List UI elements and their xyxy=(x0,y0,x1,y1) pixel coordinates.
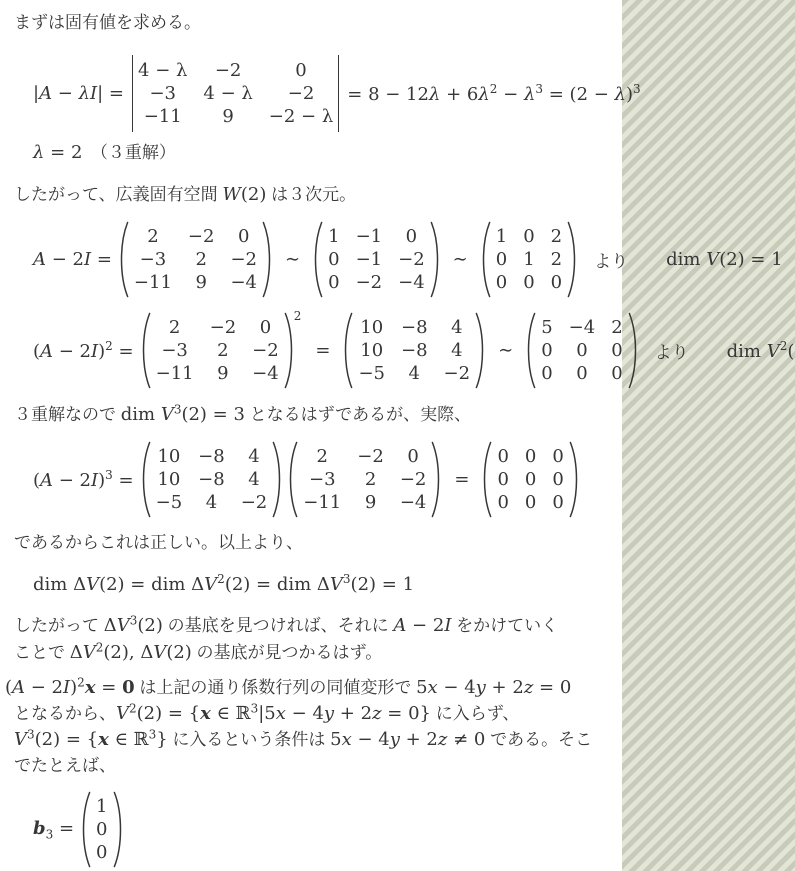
matrix-cell: 2 xyxy=(188,248,215,271)
matrix-cell: 0 xyxy=(541,339,552,362)
math-segment: V xyxy=(14,729,27,750)
math-segment: は３次元。 xyxy=(266,185,356,204)
matrix-cell: −1 xyxy=(356,225,383,248)
matrix-cell: 0 xyxy=(269,59,333,82)
math-segment: = 8 − 12 xyxy=(347,84,429,105)
math-segment: でたとえば、 xyxy=(14,756,116,775)
matrix-cell: −2 xyxy=(444,362,471,385)
equation-basis-vector-b3: b3 = 100 xyxy=(33,791,122,868)
math-segment: (2) xyxy=(241,184,267,205)
math-segment: に入らず、 xyxy=(431,704,519,723)
math-segment: に入るという条件は xyxy=(168,730,330,749)
math-segment: 0 xyxy=(122,677,135,698)
matrix-cell: 0 xyxy=(569,362,596,385)
matrix-cell: −3 xyxy=(303,468,341,491)
matrix-cell: −4 xyxy=(400,491,427,514)
math-segment: = 0 xyxy=(533,677,571,698)
math-segment: (2) xyxy=(137,615,163,636)
math-lhs: |A − λI| = xyxy=(33,83,124,104)
math-segment: A xyxy=(40,470,53,491)
math-segment: λ xyxy=(524,84,535,105)
math-segment: − 2 xyxy=(53,470,91,491)
math-segment: 2 xyxy=(105,339,113,353)
math-segment: 2 xyxy=(217,572,225,586)
math-segment: b xyxy=(33,818,46,839)
matrix-cell: −11 xyxy=(134,271,172,294)
math-rhs: dim V2(2) = 2 xyxy=(727,339,795,362)
matrix-rowreduced-1: 1−100−1−20−2−4 xyxy=(314,221,439,298)
math-segment: ( xyxy=(33,470,40,491)
paragraph-triple-root: ３重解なので dim V3(2) = 3 となるはずであるが、実際、 xyxy=(14,402,471,428)
math-segment: をかけていく xyxy=(451,616,558,635)
math-rhs: = 8 − 12λ + 6λ2 − λ3 = (2 − λ)3 xyxy=(347,82,640,105)
matrix-cell: 0 xyxy=(552,445,563,468)
math-segment: (2) = { xyxy=(35,729,98,750)
paren-right-icon xyxy=(284,312,293,389)
matrix-cell: −11 xyxy=(156,362,194,385)
matrix-cell: −2 xyxy=(241,491,268,514)
matrix-squared-result: 10−8410−84−54−2 xyxy=(344,312,484,389)
matrix-cell: 0 xyxy=(525,491,536,514)
matrix-cell: −2 − λ xyxy=(269,105,333,128)
math-segment: であるからこれは正しい。以上より、 xyxy=(14,533,303,552)
matrix-cell: 0 xyxy=(541,362,552,385)
math-segment: A xyxy=(39,83,52,104)
equation-eigenvalue: λ = 2 （３重解） xyxy=(33,138,176,163)
text-line: V3(2) = {x ∈ ℝ3} に入るという条件は 5x − 4y + 2z … xyxy=(14,727,592,753)
matrix-cell: 0 xyxy=(523,271,534,294)
math-segment: λI xyxy=(79,83,98,104)
matrix-cell: −3 xyxy=(134,248,172,271)
math-segment: − 2 xyxy=(25,677,63,698)
matrix-cell: 2 xyxy=(611,316,622,339)
math-segment: x xyxy=(276,703,286,724)
math-segment: ∈ ℝ xyxy=(109,729,149,750)
text-line: したがって、広義固有空間 W(2) は３次元。 xyxy=(14,182,356,208)
equation-dimensions: dim ΔV(2) = dim ΔV2(2) = dim ΔV3(2) = 1 xyxy=(33,572,414,595)
matrix-cell: 9 xyxy=(188,271,215,294)
math-segment: 3 xyxy=(535,82,543,96)
matrix-cell: 4 xyxy=(444,339,471,362)
math-segment: + 2 xyxy=(334,703,372,724)
matrix-cell: 2 xyxy=(551,248,562,271)
matrix-cell: −4 xyxy=(230,271,257,294)
math-segment: = xyxy=(53,818,74,839)
matrix-cell: 9 xyxy=(203,105,252,128)
math-segment: } xyxy=(156,729,167,750)
math-segment: 3 xyxy=(633,82,641,96)
text-line: (A − 2I)2x = 0 は上記の通り係数行列の同値変形で 5x − 4y … xyxy=(5,675,592,701)
paragraph-basis-strategy: したがって ΔV3(2) の基底を見つければ、それに A − 2I をかけていく… xyxy=(14,612,558,666)
matrix-grid: 4 − λ−20−34 − λ−2−119−2 − λ xyxy=(133,59,338,128)
matrix-cell: 0 xyxy=(400,445,427,468)
matrix-grid: 1−100−1−20−2−4 xyxy=(323,225,430,294)
math-segment: V xyxy=(706,249,719,270)
math-segment: ≠ 0 xyxy=(447,729,485,750)
paren-left-icon xyxy=(120,221,129,298)
math-segment: dim xyxy=(727,341,767,362)
paragraph-correct: であるからこれは正しい。以上より、 xyxy=(14,530,303,556)
matrix-cell: 0 xyxy=(252,316,279,339)
math-segment: 3 xyxy=(105,468,113,482)
math-segment: Δ xyxy=(104,615,117,636)
matrix-cell: −11 xyxy=(138,105,187,128)
math-segment: − 4 xyxy=(352,729,390,750)
matrix-cell: 1 xyxy=(96,795,107,818)
matrix-cell: 10 xyxy=(358,316,385,339)
math-notes-screenshot: { "colors": { "page_bg": "#ffffff", "tex… xyxy=(0,0,795,871)
math-segment: = (2 − xyxy=(543,84,615,105)
matrix-cell: −5 xyxy=(156,491,183,514)
math-segment: (2) = 1 xyxy=(351,574,414,595)
paren-right-icon xyxy=(113,791,122,868)
math-rhs: dim V(2) = 1 xyxy=(666,249,783,270)
matrix-cell: −3 xyxy=(138,82,187,105)
paragraph-intro: まずは固有値を求める。 xyxy=(14,10,201,36)
math-segment: x xyxy=(428,677,438,698)
matrix-cell: 4 xyxy=(241,445,268,468)
math-lhs: b3 = xyxy=(33,818,74,842)
matrix-cell: 4 − λ xyxy=(203,82,252,105)
math-segment: z xyxy=(372,703,381,724)
matrix-cell: 0 xyxy=(96,841,107,864)
matrix-cell: 4 xyxy=(401,362,428,385)
math-segment: dim Δ xyxy=(33,574,86,595)
math-segment: V xyxy=(116,703,129,724)
yori-label: より xyxy=(594,247,628,272)
matrix-cell: 0 xyxy=(496,271,507,294)
matrix-cell: −8 xyxy=(198,468,225,491)
determinant-bar-icon xyxy=(338,55,339,132)
text-line: したがって ΔV3(2) の基底を見つければ、それに A − 2I をかけていく xyxy=(14,612,558,639)
matrix-cell: −2 xyxy=(356,271,383,294)
matrix-cell: 9 xyxy=(357,491,384,514)
paren-right-icon xyxy=(431,441,440,518)
paragraph-generalized-eigenspace: したがって、広義固有空間 W(2) は３次元。 xyxy=(14,182,356,208)
paren-left-icon xyxy=(344,312,353,389)
matrix-cell: −2 xyxy=(400,468,427,491)
math-segment: − 4 xyxy=(286,703,324,724)
math-segment: V xyxy=(330,574,343,595)
math-segment: (2) = dim Δ xyxy=(99,574,204,595)
equation-a-minus-2i-cubed: (A − 2I)3 = 10−8410−84−54−2 2−20−32−2−11… xyxy=(33,441,578,518)
paren-left-icon xyxy=(142,441,151,518)
math-segment: = xyxy=(113,341,134,362)
paren-right-icon xyxy=(475,312,484,389)
matrix-cell: −2 xyxy=(357,445,384,468)
math-segment: V xyxy=(204,574,217,595)
matrix-cell: 0 xyxy=(611,362,622,385)
paren-left-icon xyxy=(142,312,151,389)
math-segment: A xyxy=(393,615,406,636)
equation-a-minus-2i-squared: (A − 2I)2 = 2−20−32−2−119−4 2 = 10−8410−… xyxy=(33,312,795,389)
matrix-cell: 0 xyxy=(497,445,508,468)
math-segment: V xyxy=(767,341,780,362)
math-segment: 2 xyxy=(129,701,137,715)
math-segment: (2) = 3 xyxy=(181,404,244,425)
math-segment: dim xyxy=(121,404,161,425)
math-segment: A xyxy=(33,249,46,270)
math-segment: (2) = 1 xyxy=(719,249,782,270)
math-segment: ( xyxy=(33,341,40,362)
math-segment: x xyxy=(342,729,352,750)
matrix-grid: 2−20−32−2−119−4 xyxy=(151,316,284,385)
matrix-cell: 0 xyxy=(552,468,563,491)
math-segment: の基底が見つかるはず。 xyxy=(192,643,382,662)
paren-right-icon xyxy=(569,441,578,518)
matrix-cell: 2 xyxy=(210,339,237,362)
math-segment: z xyxy=(438,729,447,750)
equation-a-minus-2i: A − 2I = 2−20−32−2−119−4 ∼ 1−100−1−20−2−… xyxy=(33,221,783,298)
matrix-cell: −4 xyxy=(569,316,596,339)
matrix-cell: −2 xyxy=(203,59,252,82)
math-segment: ) xyxy=(626,84,633,105)
matrix-cell: −2 xyxy=(188,225,215,248)
equals-symbol: = xyxy=(315,340,330,361)
matrix-cell: −2 xyxy=(269,82,333,105)
paren-left-icon xyxy=(482,221,491,298)
math-segment: A xyxy=(12,677,25,698)
paren-right-icon xyxy=(567,221,576,298)
matrix-cell: −2 xyxy=(398,248,425,271)
math-segment: ３重解なので xyxy=(14,405,121,424)
similar-symbol: ∼ xyxy=(453,249,468,270)
math-segment: − xyxy=(52,83,79,104)
math-segment: V xyxy=(86,574,99,595)
matrix-cell: 0 xyxy=(551,271,562,294)
math-segment: 5 xyxy=(330,729,341,750)
math-segment: (2) = { xyxy=(137,703,200,724)
paren-right-icon xyxy=(628,312,637,389)
text-line: まずは固有値を求める。 xyxy=(14,10,201,36)
equals-symbol: = xyxy=(454,469,469,490)
math-segment: したがって、広義固有空間 xyxy=(14,185,222,204)
paren-left-icon xyxy=(527,312,536,389)
matrix-cell: 4 xyxy=(198,491,225,514)
math-segment: λ xyxy=(429,84,440,105)
math-segment: (2), Δ xyxy=(103,642,153,663)
matrix-cell: 1 xyxy=(328,225,339,248)
math-segment: λ xyxy=(478,84,489,105)
math-lhs: (A − 2I)2 = xyxy=(33,339,134,362)
yori-label: より xyxy=(655,338,689,363)
matrix-cell: −4 xyxy=(252,362,279,385)
matrix-squared-result: 10−8410−84−54−2 xyxy=(142,441,282,518)
paren-left-icon xyxy=(314,221,323,298)
matrix-grid: 5−42000000 xyxy=(536,316,627,385)
matrix-cell: 4 xyxy=(444,316,471,339)
matrix-cell: 0 xyxy=(398,225,425,248)
matrix-cell: 10 xyxy=(156,468,183,491)
math-segment: 3 xyxy=(343,572,351,586)
math-segment: V xyxy=(161,404,174,425)
math-segment: + 2 xyxy=(400,729,438,750)
paren-left-icon xyxy=(289,441,298,518)
matrix-rowreduced: 5−42000000 xyxy=(527,312,636,389)
matrix-cell: 0 xyxy=(497,468,508,491)
paren-right-icon xyxy=(262,221,271,298)
matrix-with-exponent: 2−20−32−2−119−4 2 xyxy=(142,312,302,389)
math-segment: | = xyxy=(97,83,124,104)
math-segment: x xyxy=(200,703,211,724)
document-page: まずは固有値を求める。 |A − λI| = 4 − λ−20−34 − λ−2… xyxy=(0,0,622,871)
matrix-cell: 10 xyxy=(358,339,385,362)
matrix-cell: 0 xyxy=(611,339,622,362)
matrix-cell: 4 xyxy=(241,468,268,491)
similar-symbol: ∼ xyxy=(498,340,513,361)
matrix-grid: 2−20−32−2−119−4 xyxy=(298,445,431,514)
math-lhs: (A − 2I)3 = xyxy=(33,468,134,491)
matrix-cell: 0 xyxy=(525,468,536,491)
matrix-cell: −5 xyxy=(358,362,385,385)
math-segment: したがって xyxy=(14,616,104,635)
matrix-cell: −8 xyxy=(401,316,428,339)
matrix-cell: 1 xyxy=(496,225,507,248)
text-line: でたとえば、 xyxy=(14,753,592,779)
math-segment: y xyxy=(324,703,334,724)
math-segment: (2) = dim Δ xyxy=(225,574,330,595)
math-segment: = xyxy=(113,470,134,491)
math-segment: 3 xyxy=(27,727,35,741)
matrix-grid: 10−8410−84−54−2 xyxy=(151,445,273,514)
matrix-cell: 0 xyxy=(230,225,257,248)
math-segment: 5 xyxy=(416,677,427,698)
math-segment: dim xyxy=(666,249,706,270)
text-line: ３重解なので dim V3(2) = 3 となるはずであるが、実際、 xyxy=(14,402,471,428)
matrix-cell: 10 xyxy=(156,445,183,468)
math-line: λ = 2 （３重解） xyxy=(33,138,176,163)
paragraph-condition: (A − 2I)2x = 0 は上記の通り係数行列の同値変形で 5x − 4y … xyxy=(14,675,592,779)
matrix-a2i: 2−20−32−2−119−4 xyxy=(120,221,271,298)
math-segment: である。そこ xyxy=(485,730,592,749)
matrix-cell: 0 xyxy=(328,248,339,271)
matrix-grid: 000000000 xyxy=(492,445,568,514)
matrix-cell: 0 xyxy=(569,339,596,362)
math-segment: Δ xyxy=(70,642,83,663)
math-segment: + 2 xyxy=(486,677,524,698)
matrix-cell: −1 xyxy=(356,248,383,271)
paren-right-icon xyxy=(272,441,281,518)
math-segment: 2 xyxy=(77,675,85,689)
math-segment: − 2 xyxy=(46,249,84,270)
text-line: ことで ΔV2(2), ΔV(2) の基底が見つかるはず。 xyxy=(14,639,558,666)
math-lhs: A − 2I = xyxy=(33,249,112,270)
math-segment: となるはずであるが、実際、 xyxy=(245,405,471,424)
math-segment: λ xyxy=(33,142,44,163)
matrix-grid: 102012000 xyxy=(491,225,567,294)
math-segment: の基底を見つければ、それに xyxy=(163,616,393,635)
matrix-cell: 2 xyxy=(303,445,341,468)
matrix-cell: 0 xyxy=(552,491,563,514)
math-segment: V xyxy=(153,642,166,663)
math-segment: − 2 xyxy=(53,341,91,362)
matrix-grid: 2−20−32−2−119−4 xyxy=(129,225,262,294)
matrix-grid: 100 xyxy=(91,795,112,864)
math-segment: ∈ ℝ xyxy=(211,703,251,724)
math-segment: x xyxy=(98,729,109,750)
matrix-rowreduced-2: 102012000 xyxy=(482,221,576,298)
matrix-cell: 0 xyxy=(525,445,536,468)
matrix-a2i: 2−20−32−2−119−4 xyxy=(142,312,293,389)
math-segment: ことで xyxy=(14,643,70,662)
math-segment: y xyxy=(390,729,400,750)
math-segment: (2) = 2 xyxy=(787,341,795,362)
math-segment: (2) xyxy=(166,642,192,663)
math-segment: = 2 xyxy=(44,142,82,163)
math-segment: − xyxy=(497,84,524,105)
matrix-cell: −8 xyxy=(198,445,225,468)
matrix-exponent: 2 xyxy=(294,309,302,323)
math-line: dim ΔV(2) = dim ΔV2(2) = dim ΔV3(2) = 1 xyxy=(33,572,414,595)
paren-left-icon xyxy=(483,441,492,518)
matrix-cell: −3 xyxy=(156,339,194,362)
matrix-cell: 2 xyxy=(357,468,384,491)
matrix-cell: −8 xyxy=(401,339,428,362)
matrix-cell: 0 xyxy=(96,818,107,841)
matrix-cell: 0 xyxy=(497,491,508,514)
matrix-cell: −11 xyxy=(303,491,341,514)
math-segment: となるから、 xyxy=(14,704,116,723)
math-segment: W xyxy=(222,184,241,205)
math-segment: + 6 xyxy=(440,84,478,105)
matrix-cell: −2 xyxy=(252,339,279,362)
matrix-cell: 0 xyxy=(496,248,507,271)
matrix-cell: 2 xyxy=(551,225,562,248)
matrix-grid: 10−8410−84−54−2 xyxy=(353,316,475,385)
similar-symbol: ∼ xyxy=(285,249,300,270)
math-segment: x xyxy=(85,677,96,698)
math-segment: （３重解） xyxy=(82,143,176,162)
paren-right-icon xyxy=(430,221,439,298)
matrix-cell: 0 xyxy=(523,225,534,248)
math-segment: |5 xyxy=(258,703,276,724)
matrix-cell: 1 xyxy=(523,248,534,271)
math-segment: − 4 xyxy=(438,677,476,698)
matrix-cell: 2 xyxy=(156,316,194,339)
equation-characteristic-polynomial: |A − λI| = 4 − λ−20−34 − λ−2−119−2 − λ =… xyxy=(33,55,641,132)
math-segment: = 0} xyxy=(382,703,431,724)
matrix-cell: −2 xyxy=(210,316,237,339)
math-segment: まずは固有値を求める。 xyxy=(14,13,201,32)
math-segment: = xyxy=(91,249,112,270)
math-segment: V xyxy=(83,642,96,663)
column-vector-b3: 100 xyxy=(82,791,121,868)
matrix-cell: 4 − λ xyxy=(138,59,187,82)
math-segment: λ xyxy=(615,84,626,105)
matrix-cell: −4 xyxy=(398,271,425,294)
math-segment: A xyxy=(40,341,53,362)
math-segment: z xyxy=(524,677,533,698)
matrix-cell: −2 xyxy=(230,248,257,271)
math-segment: V xyxy=(117,615,130,636)
math-segment: − 2 xyxy=(406,615,444,636)
text-line: であるからこれは正しい。以上より、 xyxy=(14,530,303,556)
matrix-cell: 0 xyxy=(328,271,339,294)
math-segment: は上記の通り係数行列の同値変形で xyxy=(135,678,416,697)
text-line: となるから、V2(2) = {x ∈ ℝ3|5x − 4y + 2z = 0} … xyxy=(14,701,592,727)
determinant-matrix: 4 − λ−20−34 − λ−2−119−2 − λ xyxy=(132,55,339,132)
matrix-cell: 5 xyxy=(541,316,552,339)
matrix-zero: 000000000 xyxy=(483,441,577,518)
paren-left-icon xyxy=(82,791,91,868)
matrix-cell: 2 xyxy=(134,225,172,248)
matrix-a2i: 2−20−32−2−119−4 xyxy=(289,441,440,518)
math-segment: = xyxy=(96,677,123,698)
math-segment: ( xyxy=(5,677,12,698)
matrix-cell: 9 xyxy=(210,362,237,385)
math-segment: y xyxy=(476,677,486,698)
